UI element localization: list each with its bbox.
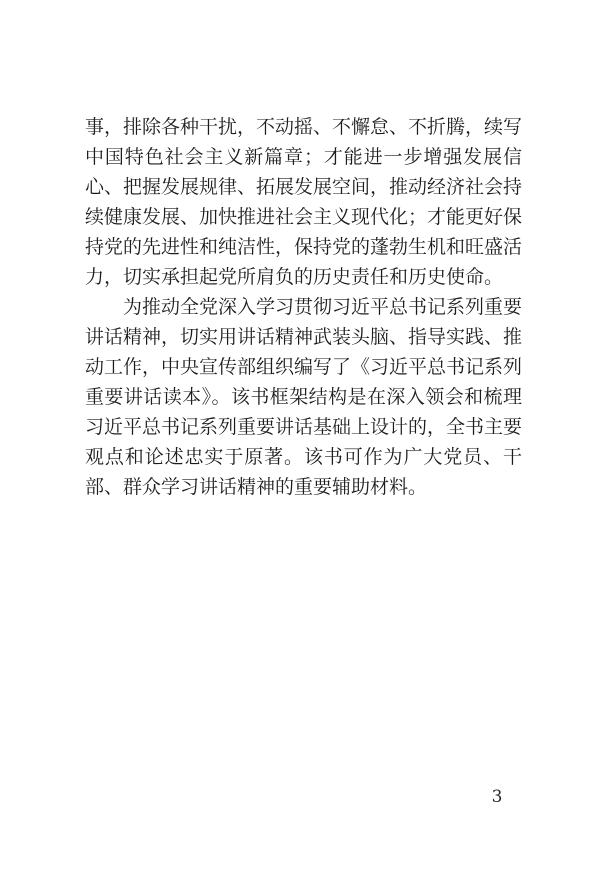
book-page: 事，排除各种干扰，不动摇、不懈怠、不折腾，续写中国特色社会主义新篇章；才能进一步… [0, 0, 600, 889]
page-number: 3 [482, 787, 512, 807]
paragraph: 为推动全党深入学习贯彻习近平总书记系列重要讲话精神，切实用讲话精神武装头脑、指导… [85, 292, 522, 502]
paragraph-continuation: 事，排除各种干扰，不动摇、不懈怠、不折腾，续写中国特色社会主义新篇章；才能进一步… [85, 112, 522, 292]
body-text: 事，排除各种干扰，不动摇、不懈怠、不折腾，续写中国特色社会主义新篇章；才能进一步… [85, 112, 522, 502]
